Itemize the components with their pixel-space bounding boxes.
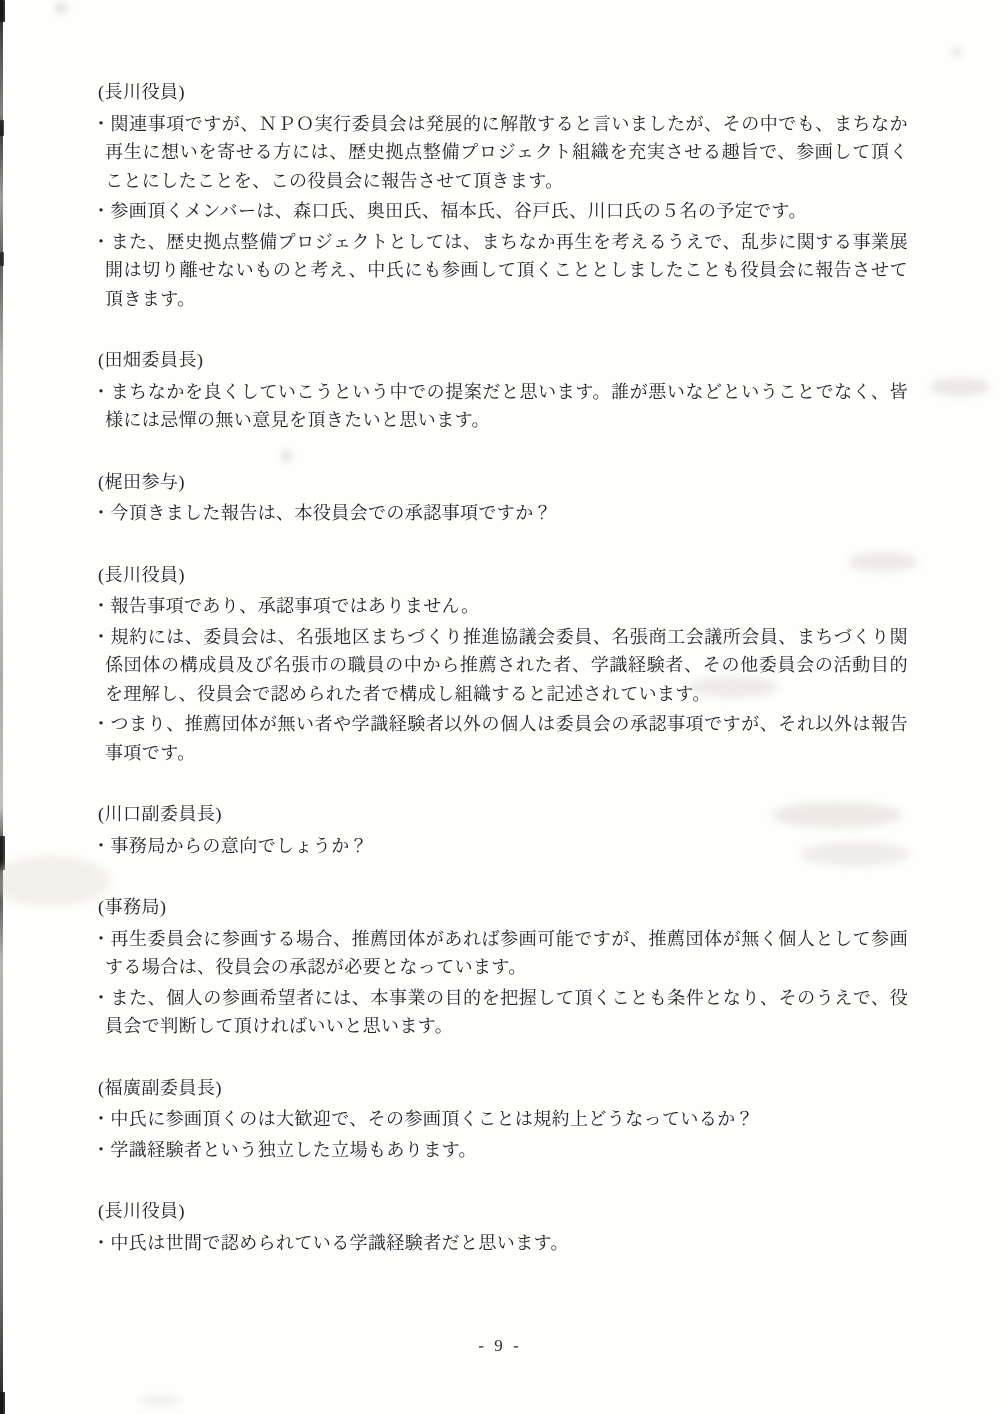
scan-blob-artifact [0, 836, 5, 870]
scanned-minutes-page: { "colors": { "paper": "#fefefd", "ink":… [0, 0, 1000, 1414]
minutes-bullet: ・つまり、推薦団体が無い者や学識経験者以外の個人は委員会の承認事項ですが、それ以… [92, 710, 908, 767]
scan-smudge [952, 48, 962, 56]
speaker-heading: (田畑委員長) [92, 346, 908, 375]
minutes-bullet: ・また、歴史拠点整備プロジェクトとしては、まちなか再生を考えるうえで、乱歩に関す… [92, 228, 908, 314]
page-number: - 9 - [0, 1336, 1000, 1356]
minutes-bullet: ・中氏に参画頂くのは大歓迎で、その参画頂くことは規約上どうなっているか？ [92, 1105, 908, 1134]
minutes-bullet: ・学識経験者という独立した立場もあります。 [92, 1136, 908, 1165]
scan-edge-artifact [0, 0, 3, 1414]
scan-blob-artifact [0, 0, 5, 22]
section-fukuhiro: (福廣副委員長) ・中氏に参画頂くのは大歓迎で、その参画頂くことは規約上どうなっ… [92, 1074, 908, 1165]
minutes-bullet: ・中氏は世間で認められている学識経験者だと思います。 [92, 1229, 908, 1258]
section-kajita: (梶田参与) ・今頂きました報告は、本役員会での承認事項ですか？ [92, 468, 908, 528]
minutes-bullet: ・再生委員会に参画する場合、推薦団体があれば参画可能ですが、推薦団体が無く個人と… [92, 925, 908, 982]
speaker-heading: (長川役員) [92, 1197, 908, 1226]
minutes-bullet: ・事務局からの意向でしょうか？ [92, 832, 908, 861]
section-nagakawa-3: (長川役員) ・中氏は世間で認められている学識経験者だと思います。 [92, 1197, 908, 1257]
minutes-bullet: ・報告事項であり、承認事項ではありません。 [92, 592, 908, 621]
scan-smudge [930, 378, 990, 396]
section-nagakawa-1: (長川役員) ・関連事項ですが、ＮＰＯ実行委員会は発展的に解散すると言いましたが… [92, 78, 908, 313]
scan-blob-artifact [0, 252, 4, 266]
scan-smudge [56, 4, 66, 12]
scan-blob-artifact [0, 1392, 5, 1414]
speaker-heading: (事務局) [92, 893, 908, 922]
minutes-bullet: ・また、個人の参画希望者には、本事業の目的を把握して頂くことも条件となり、そのう… [92, 984, 908, 1041]
minutes-text-column: (長川役員) ・関連事項ですが、ＮＰＯ実行委員会は発展的に解散すると言いましたが… [92, 78, 908, 1290]
speaker-heading: (川口副委員長) [92, 800, 908, 829]
paper-background: (長川役員) ・関連事項ですが、ＮＰＯ実行委員会は発展的に解散すると言いましたが… [0, 0, 1000, 1414]
section-tabata: (田畑委員長) ・まちなかを良くしていこうという中での提案だと思います。誰が悪い… [92, 346, 908, 435]
section-kawaguchi: (川口副委員長) ・事務局からの意向でしょうか？ [92, 800, 908, 860]
scan-blob-artifact [0, 120, 4, 136]
speaker-heading: (福廣副委員長) [92, 1074, 908, 1103]
section-jimukyoku: (事務局) ・再生委員会に参画する場合、推薦団体があれば参画可能ですが、推薦団体… [92, 893, 908, 1041]
minutes-bullet: ・まちなかを良くしていこうという中での提案だと思います。誰が悪いなどということで… [92, 378, 908, 435]
scan-smudge [140, 1396, 180, 1406]
minutes-bullet: ・関連事項ですが、ＮＰＯ実行委員会は発展的に解散すると言いましたが、その中でも、… [92, 110, 908, 196]
minutes-bullet: ・今頂きました報告は、本役員会での承認事項ですか？ [92, 499, 908, 528]
speaker-heading: (長川役員) [92, 561, 908, 590]
section-nagakawa-2: (長川役員) ・報告事項であり、承認事項ではありません。 ・規約には、委員会は、… [92, 561, 908, 768]
speaker-heading: (梶田参与) [92, 468, 908, 497]
minutes-bullet: ・規約には、委員会は、名張地区まちづくり推進協議会委員、名張商工会議所会員、まち… [92, 623, 908, 709]
speaker-heading: (長川役員) [92, 78, 908, 107]
minutes-bullet: ・参画頂くメンバーは、森口氏、奥田氏、福本氏、谷戸氏、川口氏の５名の予定です。 [92, 197, 908, 226]
